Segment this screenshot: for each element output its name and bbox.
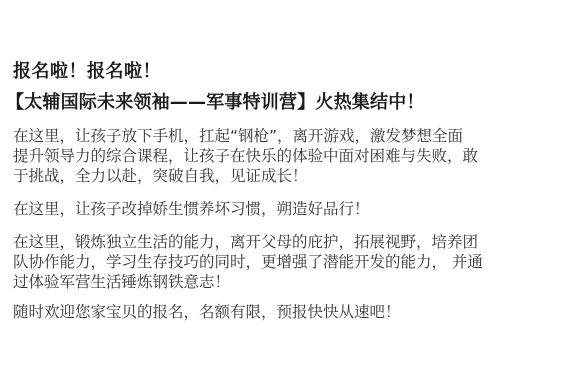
paragraph-line: 提升领导力的综合课程，让孩子在快乐的体验中面对困难与失败，敢 xyxy=(13,146,561,166)
subheadline: 【太辅国际未来领袖——军事特训营】火热集结中！ xyxy=(6,92,425,114)
paragraph-line: 于挑战，全力以赴，突破自我，见证成长！ xyxy=(13,166,561,186)
paragraph-line: 随时欢迎您家宝贝的报名，名额有限，预报快快从速吧！ xyxy=(13,302,561,322)
paragraph-line: 过体验军营生活锤炼钢铁意志！ xyxy=(13,272,561,292)
paragraph-call-to-action: 随时欢迎您家宝贝的报名，名额有限，预报快快从速吧！ xyxy=(13,302,561,322)
paragraph-line: 在这里，锻炼独立生活的能力，离开父母的庇护，拓展视野，培养团 xyxy=(13,232,561,252)
paragraph-independence: 在这里，锻炼独立生活的能力，离开父母的庇护，拓展视野，培养团 队协作能力，学习生… xyxy=(13,232,561,292)
paragraph-line: 在这里，让孩子改掉娇生惯养坏习惯，朔造好品行！ xyxy=(13,199,561,219)
paragraph-habits: 在这里，让孩子改掉娇生惯养坏习惯，朔造好品行！ xyxy=(13,199,561,219)
article-page: 报名啦！报名啦！ 【太辅国际未来领袖——军事特训营】火热集结中！ 在这里，让孩子… xyxy=(0,0,570,381)
paragraph-line: 在这里，让孩子放下手机，扛起“钢枪”，离开游戏，激发梦想全面 xyxy=(13,126,561,146)
paragraph-line: 队协作能力，学习生存技巧的同时，更增强了潜能开发的能力， 并通 xyxy=(13,252,561,272)
headline: 报名啦！报名啦！ xyxy=(13,62,161,82)
paragraph-intro: 在这里，让孩子放下手机，扛起“钢枪”，离开游戏，激发梦想全面 提升领导力的综合课… xyxy=(13,126,561,186)
